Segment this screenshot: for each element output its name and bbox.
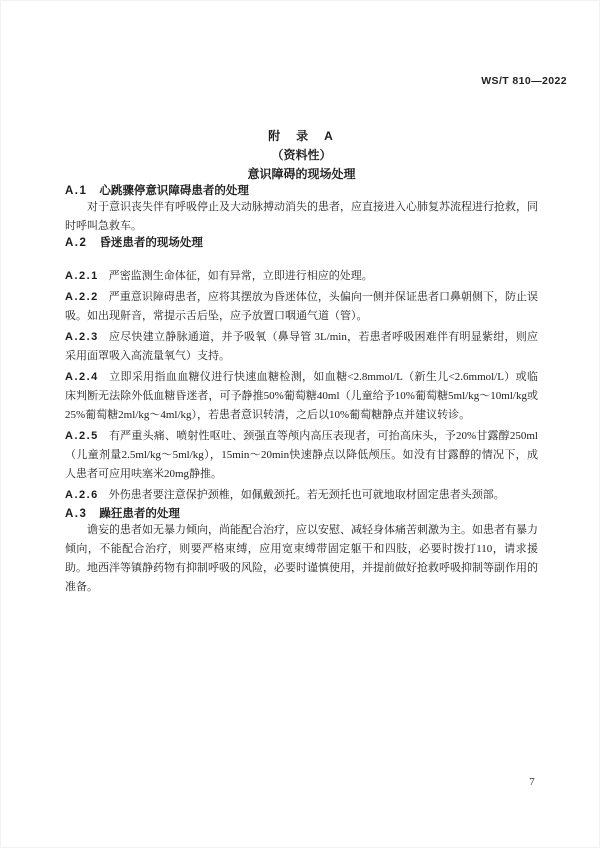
section-heading-a3: A.3躁狂患者的处理 [65, 507, 538, 521]
section-title-a3: 躁狂患者的处理 [99, 508, 180, 520]
clause-a2-3: A.2.3应尽快建立静脉通道，并予吸氧（鼻导管 3L/min，若患者呼吸困难伴有… [65, 328, 538, 366]
clause-text-a2-6: 外伤患者要注意保护颈椎，如佩戴颈托。若无颈托也可就地取材固定患者头颈部。 [109, 489, 505, 501]
appendix-title: 附 录 A [65, 127, 538, 146]
clause-text-a2-3: 应尽快建立静脉通道，并予吸氧（鼻导管 3L/min，若患者呼吸困难伴有明显紫绀，… [65, 331, 538, 362]
page-number: 7 [524, 776, 540, 788]
clause-a2-5: A.2.5有严重头痛、喷射性呕吐、颈强直等颅内高压表现者，可抬高床头，予20%甘… [65, 427, 538, 484]
page-content: 附 录 A （资料性） 意识障碍的现场处理 A.1心跳骤停意识障碍患者的处理 对… [0, 0, 600, 597]
clause-number-a2-2: A.2.2 [65, 291, 99, 303]
clause-number-a2-1: A.2.1 [65, 270, 99, 282]
section-number-a2: A.2 [65, 237, 87, 249]
section-heading-a1: A.1心跳骤停意识障碍患者的处理 [65, 184, 538, 198]
clause-a2-6: A.2.6外伤患者要注意保护颈椎，如佩戴颈托。若无颈托也可就地取材固定患者头颈部… [65, 486, 538, 505]
appendix-title-block: 附 录 A （资料性） 意识障碍的现场处理 [65, 127, 538, 184]
clause-a2-2: A.2.2严重意识障碍患者，应将其摆放为昏迷体位，头偏向一侧并保证患者口鼻朝侧下… [65, 288, 538, 326]
standard-number-header: WS/T 810—2022 [481, 75, 567, 87]
paragraph-a3: 谵妄的患者如无暴力倾向，尚能配合治疗，应以安慰、减轻身体痛苦刺激为主。如患者有暴… [65, 521, 538, 597]
section-title-a2: 昏迷患者的现场处理 [99, 237, 203, 249]
document-page: WS/T 810—2022 附 录 A （资料性） 意识障碍的现场处理 A.1心… [0, 0, 600, 848]
appendix-normative-type: （资料性） [65, 146, 538, 165]
clause-text-a2-1: 严密监测生命体征，如有异常，立即进行相应的处理。 [109, 270, 373, 282]
section-number-a1: A.1 [65, 185, 87, 197]
clause-a2-4: A.2.4立即采用指血血糖仪进行快速血糖检测，如血糖<2.8mmol/L（新生儿… [65, 368, 538, 425]
clause-text-a2-2: 严重意识障碍患者，应将其摆放为昏迷体位，头偏向一侧并保证患者口鼻朝侧下，防止误吸… [65, 291, 538, 322]
clause-number-a2-3: A.2.3 [65, 331, 99, 343]
clause-number-a2-6: A.2.6 [65, 489, 99, 501]
appendix-subject-title: 意识障碍的现场处理 [65, 165, 538, 184]
clause-text-a2-5: 有严重头痛、喷射性呕吐、颈强直等颅内高压表现者，可抬高床头，予20%甘露醇250… [65, 430, 538, 480]
section-title-a1: 心跳骤停意识障碍患者的处理 [99, 185, 249, 197]
paragraph-a1: 对于意识丧失伴有呼吸停止及大动脉搏动消失的患者，应直接进入心肺复苏流程进行抢救，… [65, 198, 538, 236]
clause-text-a2-4: 立即采用指血血糖仪进行快速血糖检测，如血糖<2.8mmol/L（新生儿<2.6m… [65, 371, 538, 421]
section-heading-a2: A.2昏迷患者的现场处理 [65, 236, 538, 250]
section-number-a3: A.3 [65, 508, 87, 520]
clause-number-a2-5: A.2.5 [65, 430, 99, 442]
clause-number-a2-4: A.2.4 [65, 371, 99, 383]
clause-a2-1: A.2.1严密监测生命体征，如有异常，立即进行相应的处理。 [65, 267, 538, 286]
